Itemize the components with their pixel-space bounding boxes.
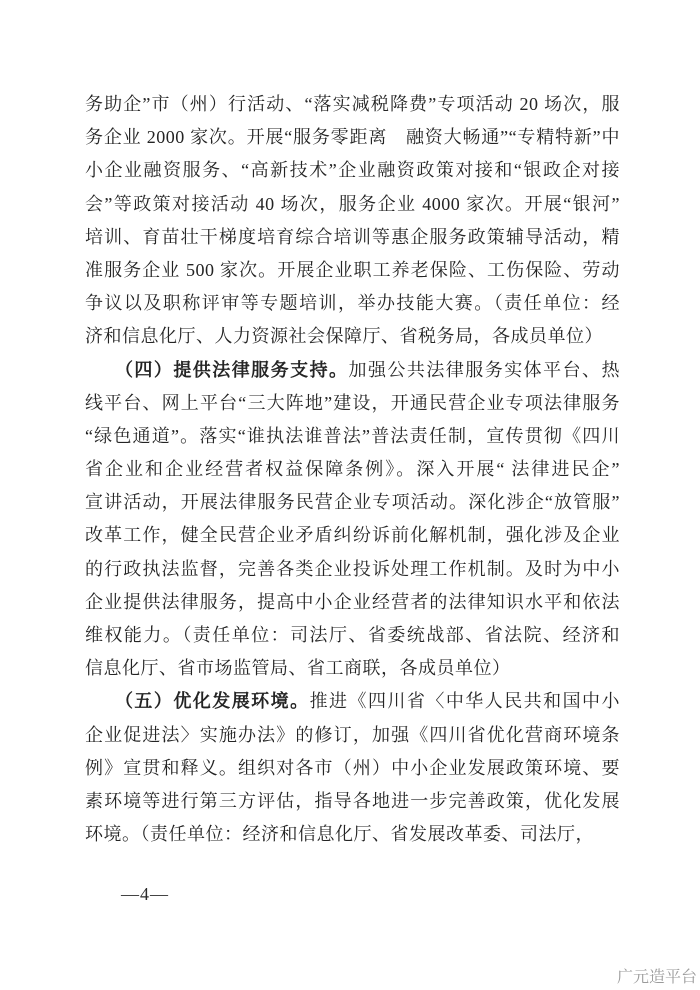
body-text: 争议以及职称评审等专题培训，举办技能大赛。（责任单位：经 <box>85 293 620 313</box>
body-text: 省企业和企业经营者权益保障条例》。深入开展“ 法律进民企” <box>85 459 620 479</box>
body-text: 会”等政策对接活动 40 场次，服务企业 4000 家次。开展“银河” <box>85 194 620 214</box>
watermark: 广元造平台 <box>617 969 697 987</box>
body-text: 线平台、网上平台“三大阵地”建设，开通民营企业专项法律服务 <box>85 393 620 413</box>
text-line: （四）提供法律服务支持。加强公共法律服务实体平台、热 <box>85 354 620 387</box>
body-text: 务助企”市（州）行活动、“落实减税降费”专项活动 20 场次，服 <box>85 94 620 114</box>
text-line: 宣讲活动，开展法律服务民营企业专项活动。深化涉企“放管服” <box>85 486 620 519</box>
body-text <box>85 360 124 380</box>
document-body: 务助企”市（州）行活动、“落实减税降费”专项活动 20 场次，服务企业 2000… <box>85 88 620 851</box>
text-line: 务企业 2000 家次。开展“服务零距离 融资大畅通”“专精特新”中 <box>85 121 620 154</box>
body-text: 素环境等进行第三方评估，指导各地进一步完善政策，优化发展 <box>85 791 620 811</box>
body-text: 培训、育苗壮干梯度培育综合培训等惠企服务政策辅导活动，精 <box>85 227 620 247</box>
body-text: 务企业 2000 家次。开展“服务零距离 融资大畅通”“专精特新”中 <box>85 127 620 147</box>
body-text: 信息化厅、省市场监管局、省工商联，各成员单位） <box>85 658 511 678</box>
body-text: 企业促进法〉实施办法》的修订，加强《四川省优化营商环境条 <box>85 725 620 745</box>
text-line: 信息化厅、省市场监管局、省工商联，各成员单位） <box>85 652 620 685</box>
body-text: “绿色通道”。落实“谁执法谁普法”普法责任制，宣传贯彻《四川 <box>85 426 620 446</box>
body-text: 准服务企业 500 家次。开展企业职工养老保险、工伤保险、劳动 <box>85 260 620 280</box>
text-line: 线平台、网上平台“三大阵地”建设，开通民营企业专项法律服务 <box>85 387 620 420</box>
body-text: 推进《四川省〈中华人民共和国中小 <box>310 691 620 711</box>
body-text: 改革工作，健全民营企业矛盾纠纷诉前化解机制，强化涉及企业 <box>85 525 620 545</box>
text-line: 小企业融资服务、“高新技术”企业融资政策对接和“银政企对接 <box>85 154 620 187</box>
text-line: 例》宣贯和释义。组织对各市（州）中小企业发展政策环境、要 <box>85 752 620 785</box>
text-line: 务助企”市（州）行活动、“落实减税降费”专项活动 20 场次，服 <box>85 88 620 121</box>
page-number: —4— <box>121 882 169 906</box>
text-line: 维权能力。（责任单位：司法厅、省委统战部、省法院、经济和 <box>85 619 620 652</box>
body-text: 加强公共法律服务实体平台、热 <box>349 360 621 380</box>
body-text: 的行政执法监督，完善各类企业投诉处理工作机制。及时为中小 <box>85 559 620 579</box>
body-text: 环境。（责任单位：经济和信息化厅、省发展改革委、司法厅， <box>85 824 594 844</box>
text-line: 省企业和企业经营者权益保障条例》。深入开展“ 法律进民企” <box>85 453 620 486</box>
body-text: 维权能力。（责任单位：司法厅、省委统战部、省法院、经济和 <box>85 625 620 645</box>
body-text: 济和信息化厅、人力资源社会保障厅、省税务局，各成员单位） <box>85 326 603 346</box>
body-text: 企业提供法律服务，提高中小企业经营者的法律知识水平和依法 <box>85 592 620 612</box>
document-page: 务助企”市（州）行活动、“落实减税降费”专项活动 20 场次，服务企业 2000… <box>0 0 700 990</box>
text-line: 企业促进法〉实施办法》的修订，加强《四川省优化营商环境条 <box>85 719 620 752</box>
text-line: 环境。（责任单位：经济和信息化厅、省发展改革委、司法厅， <box>85 818 620 851</box>
text-line: 培训、育苗壮干梯度培育综合培训等惠企服务政策辅导活动，精 <box>85 221 620 254</box>
text-line: 会”等政策对接活动 40 场次，服务企业 4000 家次。开展“银河” <box>85 188 620 221</box>
text-line: 改革工作，健全民营企业矛盾纠纷诉前化解机制，强化涉及企业 <box>85 519 620 552</box>
text-line: “绿色通道”。落实“谁执法谁普法”普法责任制，宣传贯彻《四川 <box>85 420 620 453</box>
text-line: 素环境等进行第三方评估，指导各地进一步完善政策，优化发展 <box>85 785 620 818</box>
section-heading: （五）优化发展环境。 <box>124 691 310 711</box>
body-text: 例》宣贯和释义。组织对各市（州）中小企业发展政策环境、要 <box>85 758 620 778</box>
text-line: 济和信息化厅、人力资源社会保障厅、省税务局，各成员单位） <box>85 320 620 353</box>
text-line: 企业提供法律服务，提高中小企业经营者的法律知识水平和依法 <box>85 586 620 619</box>
text-line: 准服务企业 500 家次。开展企业职工养老保险、工伤保险、劳动 <box>85 254 620 287</box>
body-text <box>85 691 124 711</box>
text-line: （五）优化发展环境。推进《四川省〈中华人民共和国中小 <box>85 685 620 718</box>
text-line: 争议以及职称评审等专题培训，举办技能大赛。（责任单位：经 <box>85 287 620 320</box>
body-text: 宣讲活动，开展法律服务民营企业专项活动。深化涉企“放管服” <box>85 492 620 512</box>
body-text: 小企业融资服务、“高新技术”企业融资政策对接和“银政企对接 <box>85 160 620 180</box>
section-heading: （四）提供法律服务支持。 <box>124 360 349 380</box>
text-line: 的行政执法监督，完善各类企业投诉处理工作机制。及时为中小 <box>85 553 620 586</box>
